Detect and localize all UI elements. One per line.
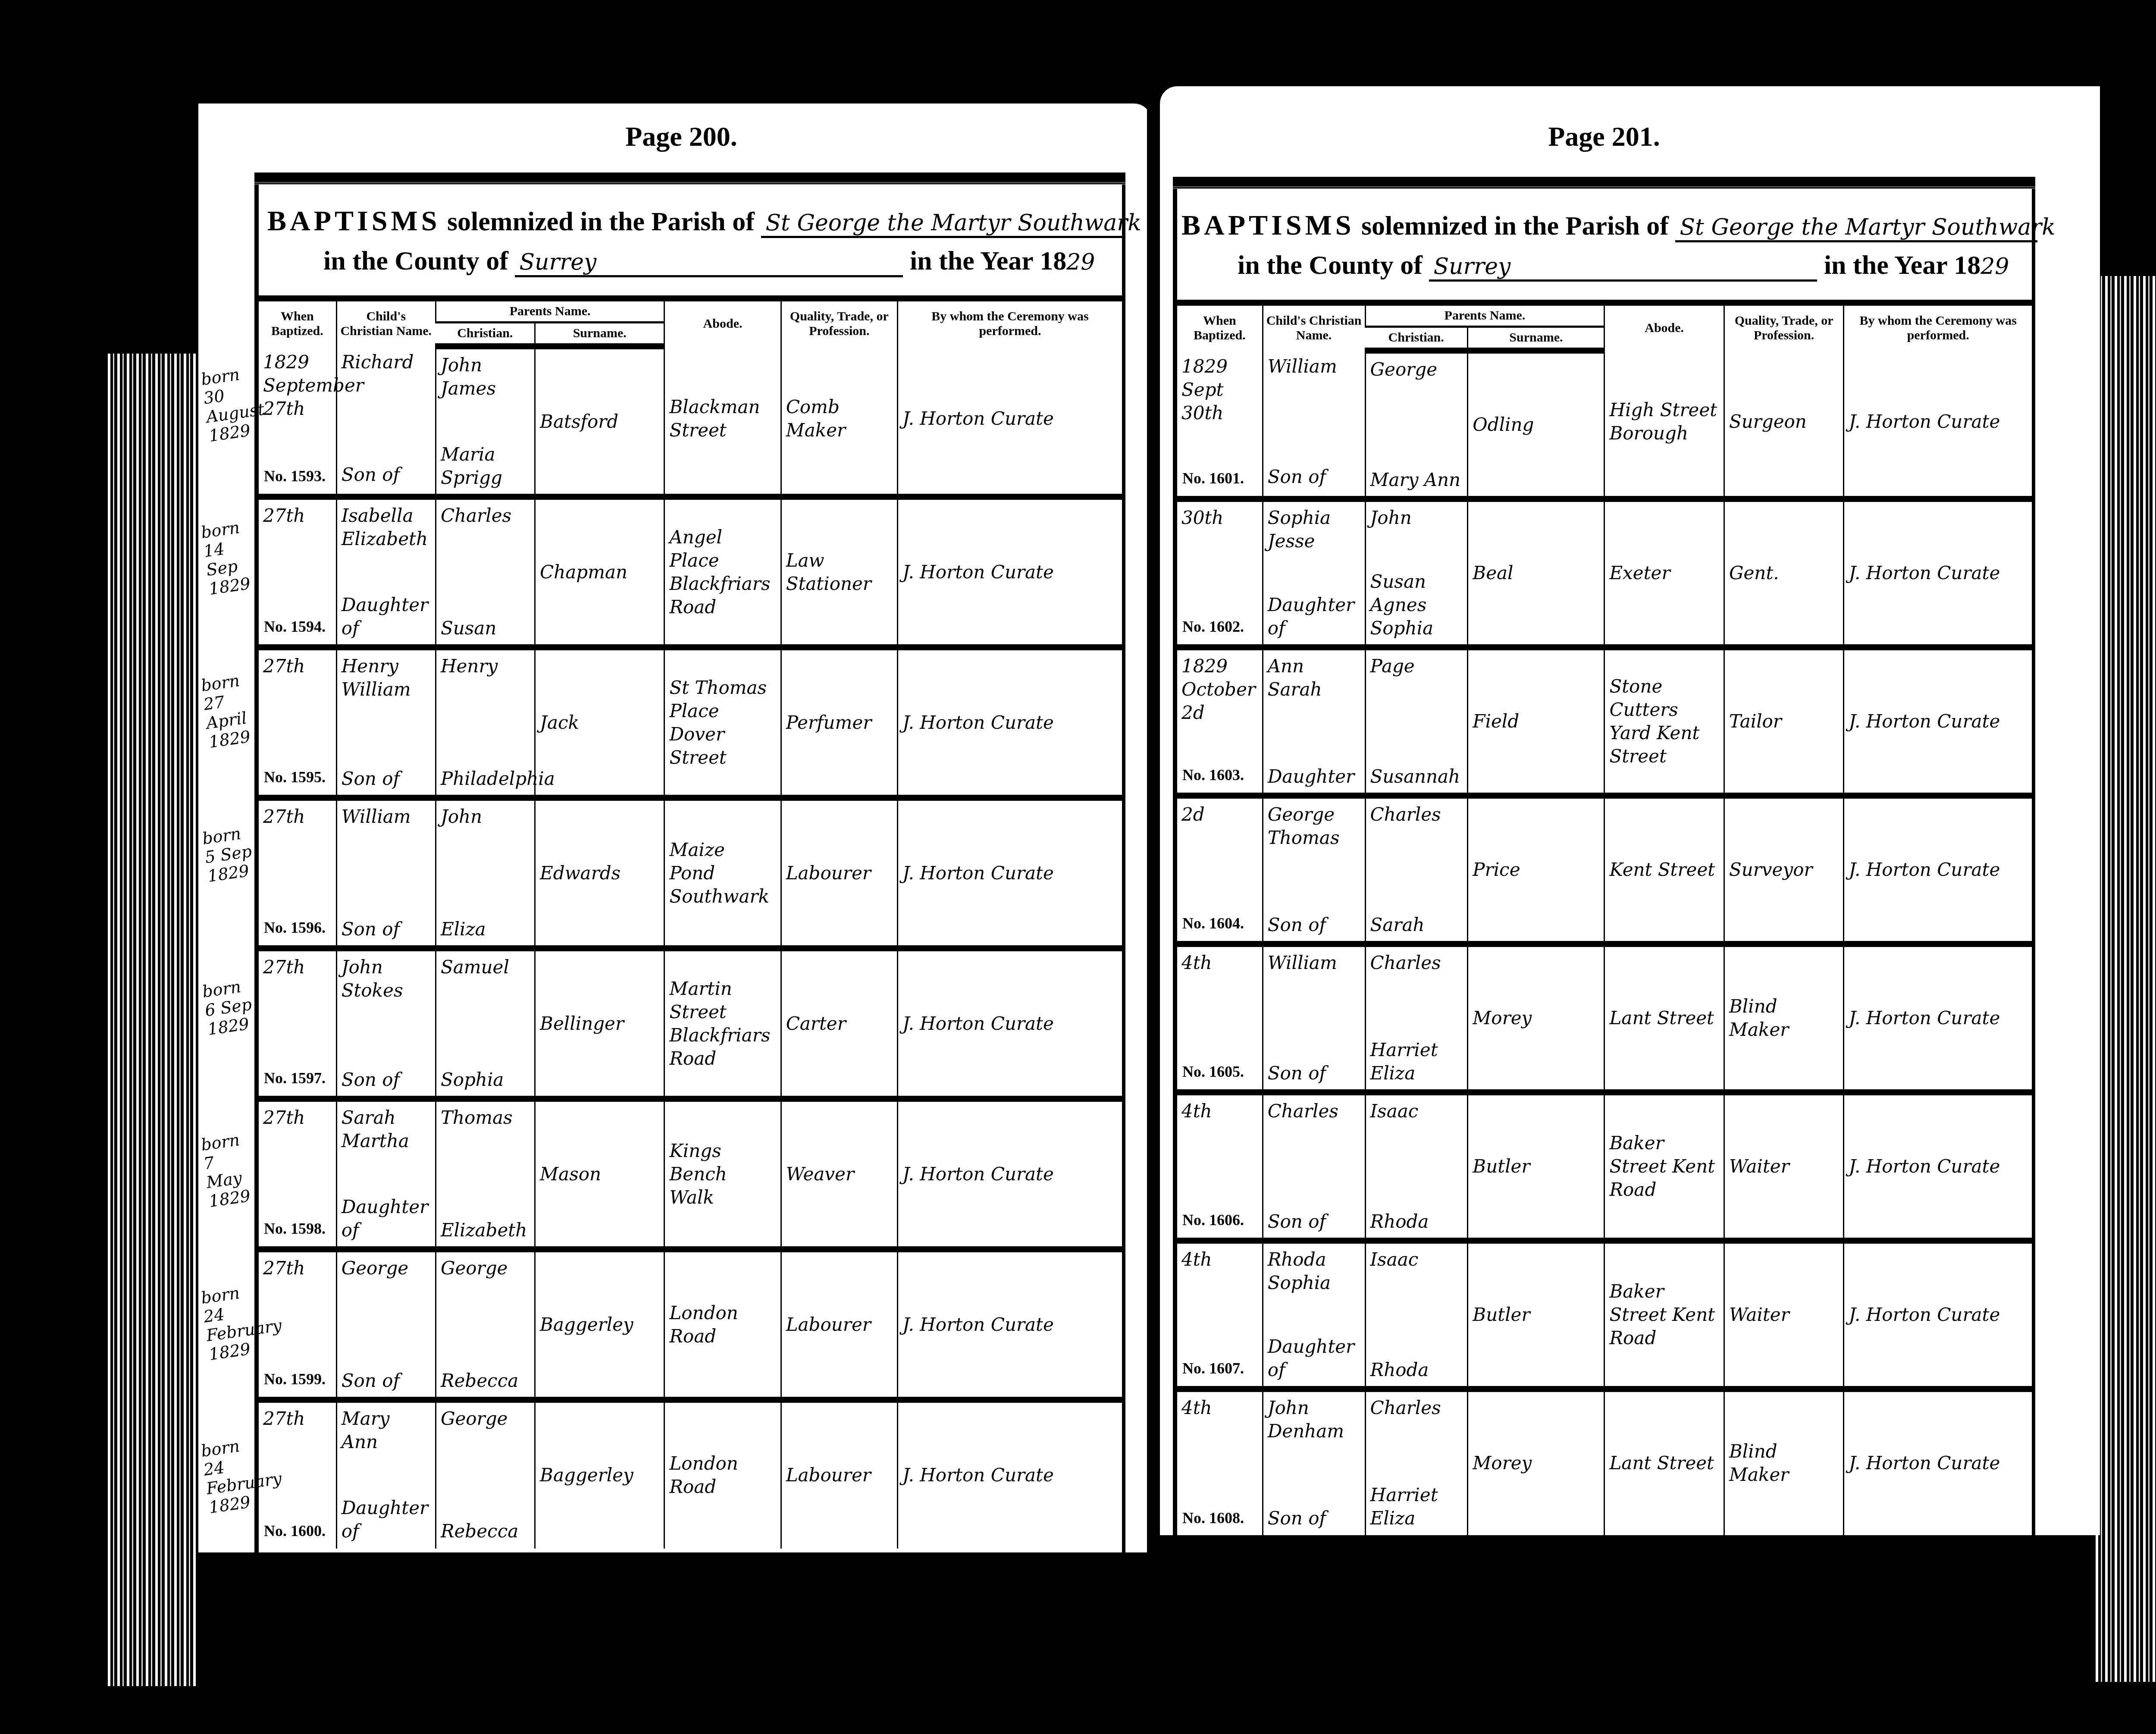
col-child-name: Child's Christian Name. bbox=[1263, 303, 1365, 351]
mother-name: Rhoda bbox=[1370, 1358, 1463, 1382]
baptism-date: 4th bbox=[1181, 951, 1258, 975]
abode: Kings Bench Walk bbox=[669, 1139, 776, 1209]
left-baptism-table: When Baptized. Child's Christian Name. P… bbox=[259, 295, 1122, 1549]
header-parish-label: solemnized in the Parish of bbox=[1361, 211, 1669, 241]
relation: Daughter of bbox=[1268, 1335, 1360, 1382]
relation: Son of bbox=[342, 767, 431, 790]
baptism-date: 27th bbox=[263, 805, 332, 828]
table-cell: High Street Borough bbox=[1604, 351, 1724, 499]
officiant: J. Horton Curate bbox=[1849, 858, 2028, 881]
right-page-number: Page 201. bbox=[1475, 121, 1733, 153]
right-baptism-table: When Baptized. Child's Christian Name. P… bbox=[1177, 300, 2032, 1536]
father-name: John bbox=[1370, 506, 1463, 530]
child-name: John Denham bbox=[1268, 1396, 1360, 1443]
table-cell: Labourer bbox=[781, 798, 897, 948]
surname: Butler bbox=[1473, 1303, 1599, 1326]
table-cell: JohnEliza bbox=[436, 798, 535, 948]
table-cell: CharlesHarriet Eliza bbox=[1365, 944, 1468, 1092]
entry-number: No. 1604. bbox=[1182, 912, 1244, 935]
left-register: BAPTISMS solemnized in the Parish of St … bbox=[254, 172, 1125, 1565]
mother-name: Harriet Eliza bbox=[1370, 1038, 1463, 1085]
surname: Beal bbox=[1473, 561, 1599, 585]
baptism-date: 1829 Sept 30th bbox=[1181, 355, 1258, 425]
table-cell: Law Stationer bbox=[781, 497, 897, 647]
trade: Blind Maker bbox=[1729, 1440, 1839, 1486]
table-cell: Weaver bbox=[781, 1099, 897, 1249]
baptism-date: 27th bbox=[263, 655, 332, 678]
col-abode: Abode. bbox=[664, 298, 781, 346]
father-name: John James bbox=[441, 354, 530, 400]
header-parish-label: solemnized in the Parish of bbox=[447, 207, 755, 236]
table-cell: J. Horton Curate bbox=[897, 647, 1122, 798]
table-cell: Lant Street bbox=[1604, 1389, 1724, 1536]
officiant: J. Horton Curate bbox=[903, 407, 1118, 430]
mother-name: Eliza bbox=[441, 918, 530, 941]
abode: Blackman Street bbox=[669, 395, 776, 442]
baptism-date: 27th bbox=[263, 504, 332, 527]
mother-name: Elizabeth bbox=[441, 1219, 530, 1242]
entry-number: No. 1605. bbox=[1182, 1060, 1244, 1083]
table-cell: 1829 September 27thNo. 1593. bbox=[259, 346, 336, 497]
officiant: J. Horton Curate bbox=[903, 1464, 1118, 1487]
table-cell: Mason bbox=[535, 1099, 664, 1249]
mother-name: Rebecca bbox=[441, 1520, 530, 1543]
surname: Morey bbox=[1473, 1007, 1599, 1030]
table-cell: Carter bbox=[781, 948, 897, 1099]
table-cell: WilliamSon of bbox=[1263, 944, 1365, 1092]
mother-name: Rebecca bbox=[441, 1369, 530, 1392]
table-cell: Baker Street Kent Road bbox=[1604, 1092, 1724, 1241]
col-parents-christian: Christian. bbox=[436, 323, 535, 347]
table-row: 27thNo. 1594.Isabella ElizabethDaughter … bbox=[259, 497, 1122, 647]
child-name: Richard bbox=[342, 351, 431, 374]
abode: Baker Street Kent Road bbox=[1609, 1132, 1719, 1201]
table-cell: J. Horton Curate bbox=[1844, 1092, 2032, 1241]
abode: Exeter bbox=[1609, 561, 1719, 585]
table-cell: Baker Street Kent Road bbox=[1604, 1241, 1724, 1389]
table-cell: J. Horton Curate bbox=[897, 798, 1122, 948]
table-cell: GeorgeMary Ann bbox=[1365, 351, 1468, 499]
header-baptisms: BAPTISMS bbox=[1181, 210, 1354, 241]
table-cell: Labourer bbox=[781, 1400, 897, 1549]
table-row: 1829 October 2dNo. 1603.Ann SarahDaughte… bbox=[1177, 647, 2032, 796]
mother-name: Sarah bbox=[1370, 913, 1463, 937]
table-cell: J. Horton Curate bbox=[897, 346, 1122, 497]
entry-number: No. 1596. bbox=[264, 916, 326, 939]
trade: Waiter bbox=[1729, 1303, 1839, 1326]
officiant: J. Horton Curate bbox=[903, 1012, 1118, 1035]
table-cell: GeorgeSon of bbox=[336, 1249, 436, 1400]
table-cell: J. Horton Curate bbox=[897, 1099, 1122, 1249]
table-cell: CharlesSarah bbox=[1365, 796, 1468, 944]
table-cell: Sarah MarthaDaughter of bbox=[336, 1099, 436, 1249]
table-cell: Lant Street bbox=[1604, 944, 1724, 1092]
header-county-label: in the County of bbox=[323, 246, 508, 276]
table-cell: 27thNo. 1598. bbox=[259, 1099, 336, 1249]
table-cell: Price bbox=[1468, 796, 1604, 944]
surname: Mason bbox=[540, 1163, 659, 1186]
officiant: J. Horton Curate bbox=[903, 862, 1118, 885]
header-baptisms: BAPTISMS bbox=[267, 205, 440, 237]
entry-number: No. 1601. bbox=[1182, 467, 1244, 490]
trade: Blind Maker bbox=[1729, 995, 1839, 1041]
baptism-date: 27th bbox=[263, 1257, 332, 1280]
col-by-whom: By whom the Ceremony was performed. bbox=[897, 298, 1122, 346]
table-row: 4thNo. 1606.CharlesSon ofIsaacRhodaButle… bbox=[1177, 1092, 2032, 1241]
trade: Waiter bbox=[1729, 1155, 1839, 1178]
abode: London Road bbox=[669, 1452, 776, 1499]
table-cell: 1829 Sept 30thNo. 1601. bbox=[1177, 351, 1263, 499]
table-cell: Tailor bbox=[1724, 647, 1843, 796]
trade: Surgeon bbox=[1729, 410, 1839, 433]
register-header: BAPTISMS solemnized in the Parish of St … bbox=[259, 185, 1122, 295]
mother-name: Maria Sprigg bbox=[441, 443, 530, 489]
abode: Lant Street bbox=[1609, 1452, 1719, 1475]
baptism-date: 4th bbox=[1181, 1248, 1258, 1271]
abode: High Street Borough bbox=[1609, 398, 1719, 445]
table-cell: J. Horton Curate bbox=[1844, 351, 2032, 499]
surname: Bellinger bbox=[540, 1012, 659, 1035]
margin-birth-note: born 5 Sep 1829 bbox=[201, 823, 256, 886]
child-name: Rhoda Sophia bbox=[1268, 1248, 1360, 1295]
col-by-whom: By whom the Ceremony was performed. bbox=[1844, 303, 2032, 351]
left-book-edge bbox=[108, 354, 198, 1686]
relation: Daughter of bbox=[342, 1195, 431, 1242]
table-row: 27thNo. 1599.GeorgeSon ofGeorgeRebeccaBa… bbox=[259, 1249, 1122, 1400]
table-cell: Chapman bbox=[535, 497, 664, 647]
father-name: Charles bbox=[441, 504, 530, 527]
table-cell: Gent. bbox=[1724, 499, 1843, 647]
header-year-suffix: 29 bbox=[1981, 254, 2009, 279]
child-name: George bbox=[342, 1257, 431, 1280]
table-cell: J. Horton Curate bbox=[1844, 647, 2032, 796]
child-name: Sarah Martha bbox=[342, 1106, 431, 1153]
table-cell: George ThomasSon of bbox=[1263, 796, 1365, 944]
table-cell: Surveyor bbox=[1724, 796, 1843, 944]
abode: Baker Street Kent Road bbox=[1609, 1280, 1719, 1350]
table-cell: 30thNo. 1602. bbox=[1177, 499, 1263, 647]
father-name: Charles bbox=[1370, 951, 1463, 975]
abode: Martin Street Blackfriars Road bbox=[669, 977, 776, 1070]
entry-number: No. 1602. bbox=[1182, 615, 1244, 638]
table-cell: Labourer bbox=[781, 1249, 897, 1400]
table-cell: Comb Maker bbox=[781, 346, 897, 497]
entry-number: No. 1598. bbox=[264, 1217, 326, 1240]
table-cell: Blind Maker bbox=[1724, 944, 1843, 1092]
table-row: 27thNo. 1598.Sarah MarthaDaughter ofThom… bbox=[259, 1099, 1122, 1249]
entry-number: No. 1597. bbox=[264, 1066, 326, 1090]
trade: Tailor bbox=[1729, 710, 1839, 733]
col-parents-name: Parents Name. bbox=[436, 298, 664, 323]
table-row: 1829 September 27thNo. 1593.RichardSon o… bbox=[259, 346, 1122, 497]
abode: London Road bbox=[669, 1301, 776, 1348]
entry-number: No. 1594. bbox=[264, 615, 326, 638]
table-cell: GeorgeRebecca bbox=[436, 1249, 535, 1400]
relation: Daughter of bbox=[342, 1496, 431, 1543]
mother-name: Susannah bbox=[1370, 765, 1463, 788]
trade: Carter bbox=[786, 1012, 893, 1035]
entry-number: No. 1600. bbox=[264, 1519, 326, 1543]
table-cell: J. Horton Curate bbox=[1844, 499, 2032, 647]
abode: Maize Pond Southwark bbox=[669, 838, 776, 908]
table-cell: John DenhamSon of bbox=[1263, 1389, 1365, 1536]
surname: Edwards bbox=[540, 862, 659, 885]
header-year-label: in the Year 18 bbox=[1824, 251, 1981, 280]
relation: Son of bbox=[1268, 1210, 1360, 1233]
surname: Field bbox=[1473, 710, 1599, 733]
baptism-date: 4th bbox=[1181, 1100, 1258, 1123]
surname: Baggerley bbox=[540, 1313, 659, 1336]
relation: Son of bbox=[342, 918, 431, 941]
surname: Baggerley bbox=[540, 1464, 659, 1487]
col-parents-surname: Surname. bbox=[1468, 327, 1604, 351]
table-cell: Field bbox=[1468, 647, 1604, 796]
officiant: J. Horton Curate bbox=[1849, 1007, 2028, 1030]
table-cell: 27thNo. 1596. bbox=[259, 798, 336, 948]
col-trade: Quality, Trade, or Profession. bbox=[1724, 303, 1843, 351]
mother-name: Sophia bbox=[441, 1068, 530, 1091]
baptism-date: 30th bbox=[1181, 506, 1258, 530]
officiant: J. Horton Curate bbox=[1849, 1452, 2028, 1475]
child-name: Isabella Elizabeth bbox=[342, 504, 431, 551]
table-cell: Odling bbox=[1468, 351, 1604, 499]
officiant: J. Horton Curate bbox=[903, 561, 1118, 584]
child-name: Sophia Jesse bbox=[1268, 506, 1360, 553]
relation: Son of bbox=[342, 463, 431, 486]
entry-number: No. 1603. bbox=[1182, 763, 1244, 787]
margin-birth-note: born 6 Sep 1829 bbox=[201, 976, 256, 1039]
baptism-date: 27th bbox=[263, 1407, 332, 1430]
col-abode: Abode. bbox=[1604, 303, 1724, 351]
table-cell: CharlesSon of bbox=[1263, 1092, 1365, 1241]
header-year-suffix: 29 bbox=[1066, 249, 1095, 275]
child-name: William bbox=[1268, 355, 1360, 378]
relation: Son of bbox=[342, 1068, 431, 1091]
table-row: 27thNo. 1600.Mary AnnDaughter ofGeorgeRe… bbox=[259, 1400, 1122, 1549]
table-cell: CharlesHarriet Eliza bbox=[1365, 1389, 1468, 1536]
table-cell: GeorgeRebecca bbox=[436, 1400, 535, 1549]
table-cell: Perfumer bbox=[781, 647, 897, 798]
table-cell: London Road bbox=[664, 1249, 781, 1400]
abode: Stone Cutters Yard Kent Street bbox=[1609, 675, 1719, 768]
entry-number: No. 1606. bbox=[1182, 1208, 1244, 1232]
table-cell: WilliamSon of bbox=[336, 798, 436, 948]
table-row: 4thNo. 1608.John DenhamSon ofCharlesHarr… bbox=[1177, 1389, 2032, 1536]
officiant: J. Horton Curate bbox=[1849, 410, 2028, 433]
surname: Batsford bbox=[540, 410, 659, 433]
surname: Odling bbox=[1473, 413, 1599, 436]
table-cell: J. Horton Curate bbox=[1844, 796, 2032, 944]
table-cell: 4thNo. 1608. bbox=[1177, 1389, 1263, 1536]
entry-number: No. 1593. bbox=[264, 464, 326, 488]
table-row: 27thNo. 1596.WilliamSon ofJohnElizaEdwar… bbox=[259, 798, 1122, 948]
table-cell: Morey bbox=[1468, 1389, 1604, 1536]
table-cell: 2dNo. 1604. bbox=[1177, 796, 1263, 944]
child-name: Henry William bbox=[342, 655, 431, 701]
relation: Daughter bbox=[1268, 765, 1360, 788]
baptism-date: 1829 September 27th bbox=[263, 351, 332, 420]
right-register: BAPTISMS solemnized in the Parish of St … bbox=[1173, 177, 2035, 1561]
entry-number: No. 1608. bbox=[1182, 1506, 1244, 1530]
table-cell: Bellinger bbox=[535, 948, 664, 1099]
table-cell: WilliamSon of bbox=[1263, 351, 1365, 499]
county-name: Surrey bbox=[1429, 254, 1817, 282]
baptism-date: 1829 October 2d bbox=[1181, 655, 1258, 724]
parish-name: St George the Martyr Southwark bbox=[1675, 214, 2037, 242]
table-cell: Isabella ElizabethDaughter of bbox=[336, 497, 436, 647]
mother-name: Rhoda bbox=[1370, 1210, 1463, 1233]
table-cell: Waiter bbox=[1724, 1092, 1843, 1241]
relation: Son of bbox=[1268, 1062, 1360, 1085]
mother-name: Mary Ann bbox=[1370, 468, 1463, 492]
father-name: George bbox=[1370, 358, 1463, 381]
table-cell: J. Horton Curate bbox=[1844, 1389, 2032, 1536]
officiant: J. Horton Curate bbox=[903, 1313, 1118, 1336]
table-cell: J. Horton Curate bbox=[897, 497, 1122, 647]
abode: St Thomas Place Dover Street bbox=[669, 676, 776, 769]
entry-number: No. 1595. bbox=[264, 765, 326, 789]
father-name: Isaac bbox=[1370, 1248, 1463, 1271]
table-cell: J. Horton Curate bbox=[897, 1249, 1122, 1400]
table-cell: Edwards bbox=[535, 798, 664, 948]
table-cell: Waiter bbox=[1724, 1241, 1843, 1389]
book-gutter bbox=[1147, 69, 1160, 1570]
abode: Kent Street bbox=[1609, 858, 1719, 881]
baptism-date: 2d bbox=[1181, 803, 1258, 826]
left-page-number: Page 200. bbox=[552, 121, 811, 153]
relation: Son of bbox=[1268, 465, 1360, 489]
father-name: George bbox=[441, 1407, 530, 1430]
baptism-date: 27th bbox=[263, 956, 332, 979]
relation: Son of bbox=[1268, 1507, 1360, 1530]
table-cell: John JamesMaria Sprigg bbox=[436, 346, 535, 497]
table-cell: Kings Bench Walk bbox=[664, 1099, 781, 1249]
mother-name: Harriet Eliza bbox=[1370, 1483, 1463, 1530]
table-row: 4thNo. 1605.WilliamSon ofCharlesHarriet … bbox=[1177, 944, 2032, 1092]
surname: Chapman bbox=[540, 561, 659, 584]
table-cell: Kent Street bbox=[1604, 796, 1724, 944]
table-cell: SamuelSophia bbox=[436, 948, 535, 1099]
child-name: William bbox=[342, 805, 431, 828]
table-cell: Butler bbox=[1468, 1092, 1604, 1241]
table-cell: IsaacRhoda bbox=[1365, 1092, 1468, 1241]
relation: Daughter of bbox=[1268, 593, 1360, 640]
parish-name: St George the Martyr Southwark bbox=[761, 210, 1123, 238]
table-cell: 27thNo. 1595. bbox=[259, 647, 336, 798]
table-cell: Morey bbox=[1468, 944, 1604, 1092]
officiant: J. Horton Curate bbox=[903, 1163, 1118, 1186]
table-cell: St Thomas Place Dover Street bbox=[664, 647, 781, 798]
table-cell: Angel Place Blackfriars Road bbox=[664, 497, 781, 647]
trade: Labourer bbox=[786, 862, 893, 885]
table-cell: J. Horton Curate bbox=[1844, 1241, 2032, 1389]
table-row: 4thNo. 1607.Rhoda SophiaDaughter ofIsaac… bbox=[1177, 1241, 2032, 1389]
trade: Gent. bbox=[1729, 561, 1839, 585]
table-cell: IsaacRhoda bbox=[1365, 1241, 1468, 1389]
right-book-edge bbox=[2096, 276, 2156, 1682]
table-cell: Jack bbox=[535, 647, 664, 798]
table-row: 27thNo. 1595.Henry WilliamSon ofHenryPhi… bbox=[259, 647, 1122, 798]
child-name: George Thomas bbox=[1268, 803, 1360, 850]
father-name: Henry bbox=[441, 655, 530, 678]
abode: Lant Street bbox=[1609, 1007, 1719, 1030]
surname: Price bbox=[1473, 858, 1599, 881]
table-cell: Blackman Street bbox=[664, 346, 781, 497]
register-header: BAPTISMS solemnized in the Parish of St … bbox=[1177, 190, 2032, 300]
table-cell: PageSusannah bbox=[1365, 647, 1468, 796]
table-row: 1829 Sept 30thNo. 1601.WilliamSon ofGeor… bbox=[1177, 351, 2032, 499]
trade: Surveyor bbox=[1729, 858, 1839, 881]
table-cell: Batsford bbox=[535, 346, 664, 497]
surname: Morey bbox=[1473, 1452, 1599, 1475]
mother-name: Susan Agnes Sophia bbox=[1370, 570, 1463, 640]
register-top-rule bbox=[1173, 177, 2035, 189]
table-cell: JohnSusan Agnes Sophia bbox=[1365, 499, 1468, 647]
table-cell: 4thNo. 1606. bbox=[1177, 1092, 1263, 1241]
mother-name: Susan bbox=[441, 617, 530, 640]
child-name: John Stokes bbox=[342, 956, 431, 1002]
officiant: J. Horton Curate bbox=[1849, 710, 2028, 733]
table-cell: Ann SarahDaughter bbox=[1263, 647, 1365, 796]
officiant: J. Horton Curate bbox=[1849, 1155, 2028, 1178]
right-footer-signature-mark: 3 e bbox=[1522, 1570, 1695, 1604]
officiant: J. Horton Curate bbox=[903, 711, 1118, 734]
trade: Labourer bbox=[786, 1464, 893, 1487]
col-when-baptized: When Baptized. bbox=[259, 298, 336, 346]
father-name: Charles bbox=[1370, 1396, 1463, 1420]
baptism-date: 27th bbox=[263, 1106, 332, 1129]
table-cell: Henry WilliamSon of bbox=[336, 647, 436, 798]
table-cell: RichardSon of bbox=[336, 346, 436, 497]
table-cell: Surgeon bbox=[1724, 351, 1843, 499]
trade: Labourer bbox=[786, 1313, 893, 1336]
trade: Comb Maker bbox=[786, 395, 893, 442]
table-cell: 1829 October 2dNo. 1603. bbox=[1177, 647, 1263, 796]
baptism-date: 4th bbox=[1181, 1396, 1258, 1420]
table-cell: Mary AnnDaughter of bbox=[336, 1400, 436, 1549]
col-when-baptized: When Baptized. bbox=[1177, 303, 1263, 351]
father-name: Samuel bbox=[441, 956, 530, 979]
table-cell: CharlesSusan bbox=[436, 497, 535, 647]
trade: Law Stationer bbox=[786, 549, 893, 596]
child-name: William bbox=[1268, 951, 1360, 975]
table-row: 27thNo. 1597.John StokesSon ofSamuelSoph… bbox=[259, 948, 1122, 1099]
child-name: Ann Sarah bbox=[1268, 655, 1360, 701]
col-parents-name: Parents Name. bbox=[1365, 303, 1604, 327]
col-parents-christian: Christian. bbox=[1365, 327, 1468, 351]
table-cell: Baggerley bbox=[535, 1400, 664, 1549]
father-name: John bbox=[441, 805, 530, 828]
trade: Weaver bbox=[786, 1163, 893, 1186]
table-cell: John StokesSon of bbox=[336, 948, 436, 1099]
table-cell: Stone Cutters Yard Kent Street bbox=[1604, 647, 1724, 796]
officiant: J. Horton Curate bbox=[1849, 561, 2028, 585]
table-cell: Martin Street Blackfriars Road bbox=[664, 948, 781, 1099]
father-name: Charles bbox=[1370, 803, 1463, 826]
relation: Son of bbox=[1268, 913, 1360, 937]
table-cell: J. Horton Curate bbox=[897, 948, 1122, 1099]
relation: Daughter of bbox=[342, 593, 431, 640]
table-cell: HenryPhiladelphia bbox=[436, 647, 535, 798]
entry-number: No. 1599. bbox=[264, 1367, 326, 1391]
table-cell: 4thNo. 1607. bbox=[1177, 1241, 1263, 1389]
table-row: 30thNo. 1602.Sophia JesseDaughter ofJohn… bbox=[1177, 499, 2032, 647]
table-cell: London Road bbox=[664, 1400, 781, 1549]
father-name: Thomas bbox=[441, 1106, 530, 1129]
table-cell: Exeter bbox=[1604, 499, 1724, 647]
table-cell: ThomasElizabeth bbox=[436, 1099, 535, 1249]
table-cell: Baggerley bbox=[535, 1249, 664, 1400]
